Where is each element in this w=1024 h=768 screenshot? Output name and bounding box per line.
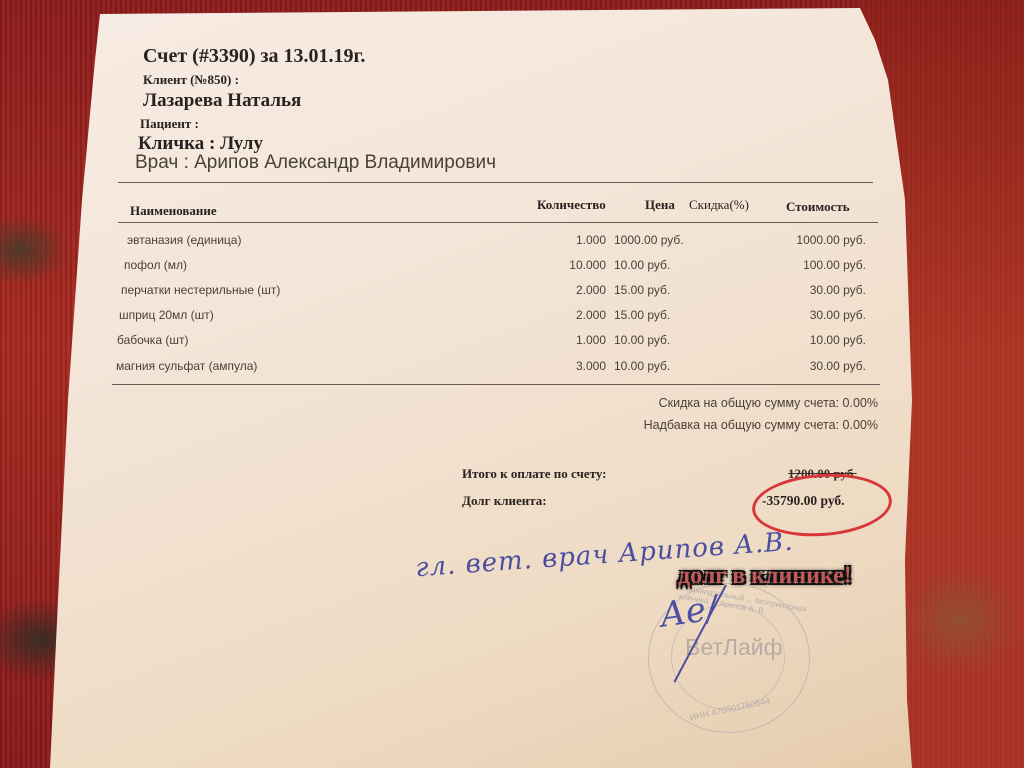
item-price: 10.00 руб. bbox=[614, 333, 670, 347]
doctor-name: Врач : Арипов Александр Владимирович bbox=[135, 152, 496, 174]
item-quantity: 10.000 bbox=[540, 258, 606, 272]
client-name: Лазарева Наталья bbox=[143, 90, 301, 112]
patient-label: Пациент : bbox=[140, 116, 199, 132]
item-name: эвтаназия (единица) bbox=[127, 233, 241, 247]
item-cost: 10.00 руб. bbox=[760, 333, 866, 347]
item-cost: 30.00 руб. bbox=[760, 283, 866, 297]
header-price: Цена bbox=[645, 197, 675, 213]
item-cost: 1000.00 руб. bbox=[760, 233, 866, 247]
table-bottom-divider bbox=[112, 384, 880, 385]
markup-summary: Надбавка на общую сумму счета: 0.00% bbox=[644, 418, 878, 432]
invoice-paper: Счет (#3390) за 13.01.19г. Клиент (№850)… bbox=[0, 0, 1024, 768]
invoice-title: Счет (#3390) за 13.01.19г. bbox=[143, 45, 365, 68]
item-price: 10.00 руб. bbox=[614, 258, 670, 272]
header-name: Наименование bbox=[130, 203, 217, 219]
item-price: 1000.00 руб. bbox=[614, 233, 684, 247]
item-cost: 30.00 руб. bbox=[760, 308, 866, 322]
item-name: магния сульфат (ампула) bbox=[116, 359, 257, 373]
header-quantity: Количество bbox=[537, 197, 606, 213]
item-quantity: 3.000 bbox=[540, 359, 606, 373]
table-top-divider bbox=[118, 182, 873, 183]
header-cost: Стоимость bbox=[786, 199, 850, 215]
table-row: шприц 20мл (шт)2.00015.00 руб.30.00 руб. bbox=[0, 308, 1024, 328]
item-price: 15.00 руб. bbox=[614, 283, 670, 297]
table-row: эвтаназия (единица)1.0001000.00 руб.1000… bbox=[0, 233, 1024, 253]
item-quantity: 1.000 bbox=[540, 233, 606, 247]
item-name: бабочка (шт) bbox=[117, 333, 188, 347]
table-row: пофол (мл)10.00010.00 руб.100.00 руб. bbox=[0, 258, 1024, 278]
item-price: 10.00 руб. bbox=[614, 359, 670, 373]
item-name: пофол (мл) bbox=[124, 258, 187, 272]
header-discount: Скидка(%) bbox=[689, 197, 749, 213]
total-label: Итого к оплате по счету: bbox=[462, 466, 606, 482]
stamp-clinic-name: ВетЛайф bbox=[685, 634, 783, 661]
table-row: магния сульфат (ампула)3.00010.00 руб.30… bbox=[0, 359, 1024, 379]
item-name: перчатки нестерильные (шт) bbox=[121, 283, 280, 297]
item-name: шприц 20мл (шт) bbox=[119, 308, 214, 322]
discount-summary: Скидка на общую сумму счета: 0.00% bbox=[659, 396, 878, 410]
item-quantity: 2.000 bbox=[540, 308, 606, 322]
client-label: Клиент (№850) : bbox=[143, 72, 239, 88]
debt-label: Долг клиента: bbox=[462, 493, 547, 509]
item-cost: 30.00 руб. bbox=[760, 359, 866, 373]
item-quantity: 2.000 bbox=[540, 283, 606, 297]
table-header-divider bbox=[118, 222, 878, 223]
debt-annotation: долг в клинике! bbox=[678, 563, 852, 590]
item-quantity: 1.000 bbox=[540, 333, 606, 347]
table-row: перчатки нестерильные (шт)2.00015.00 руб… bbox=[0, 283, 1024, 303]
item-price: 15.00 руб. bbox=[614, 308, 670, 322]
item-cost: 100.00 руб. bbox=[760, 258, 866, 272]
table-row: бабочка (шт)1.00010.00 руб.10.00 руб. bbox=[0, 333, 1024, 353]
